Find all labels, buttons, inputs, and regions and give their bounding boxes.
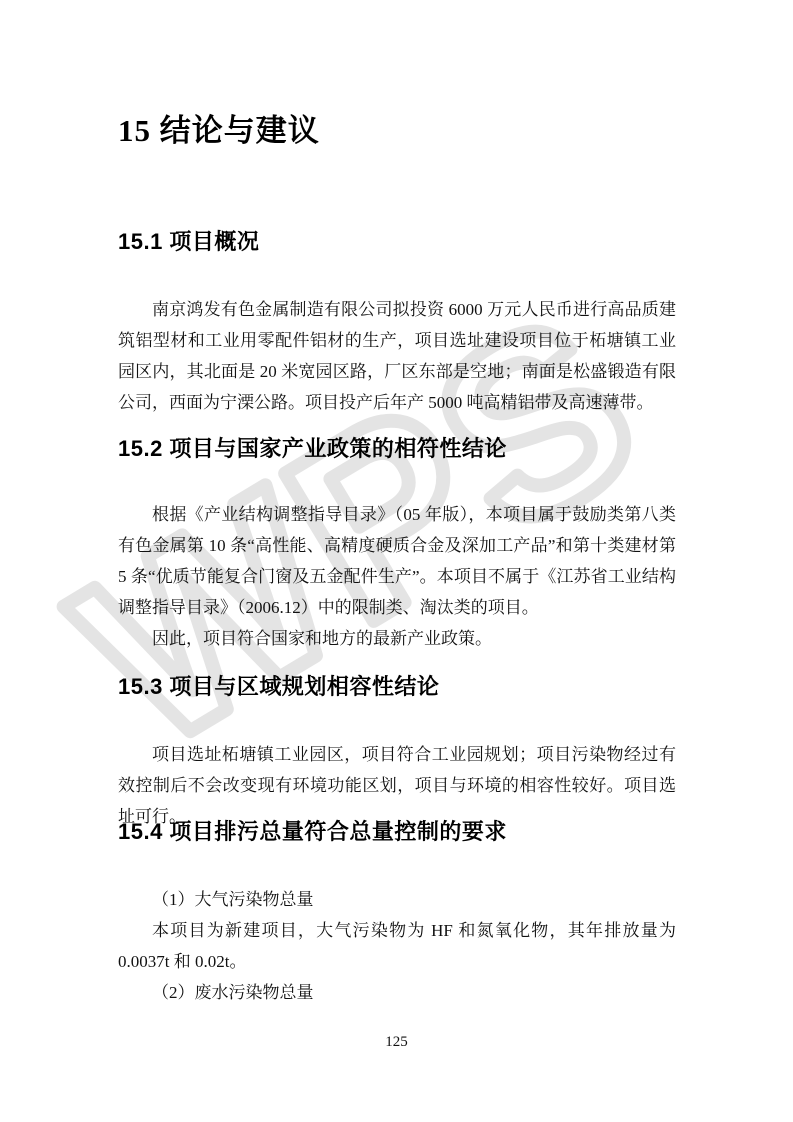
section-heading-15-2: 15.2 项目与国家产业政策的相符性结论 (118, 434, 507, 464)
page-number: 125 (0, 1034, 793, 1051)
section-heading-15-4: 15.4 项目排污总量符合总量控制的要求 (118, 817, 507, 847)
paragraph: （1）大气污染物总量 (118, 884, 676, 915)
section-body-15-4: （1）大气污染物总量 本项目为新建项目，大气污染物为 HF 和氮氧化物，其年排放… (118, 884, 676, 1008)
chapter-title: 15 结论与建议 (118, 109, 320, 153)
paragraph: 南京鸿发有色金属制造有限公司拟投资 6000 万元人民币进行高品质建筑铝型材和工… (118, 294, 676, 418)
section-heading-15-1: 15.1 项目概况 (118, 227, 259, 257)
paragraph: 因此，项目符合国家和地方的最新产业政策。 (118, 623, 676, 654)
section-heading-15-3: 15.3 项目与区域规划相容性结论 (118, 672, 439, 702)
paragraph: （2）废水污染物总量 (118, 977, 676, 1008)
paragraph: 本项目为新建项目，大气污染物为 HF 和氮氧化物，其年排放量为 0.0037t … (118, 915, 676, 977)
document-page: WPS 15 结论与建议 15.1 项目概况 南京鸿发有色金属制造有限公司拟投资… (0, 0, 793, 1122)
section-body-15-2: 根据《产业结构调整指导目录》（05 年版），本项目属于鼓励类第八类有色金属第 1… (118, 499, 676, 654)
paragraph: 根据《产业结构调整指导目录》（05 年版），本项目属于鼓励类第八类有色金属第 1… (118, 499, 676, 623)
section-body-15-1: 南京鸿发有色金属制造有限公司拟投资 6000 万元人民币进行高品质建筑铝型材和工… (118, 294, 676, 418)
